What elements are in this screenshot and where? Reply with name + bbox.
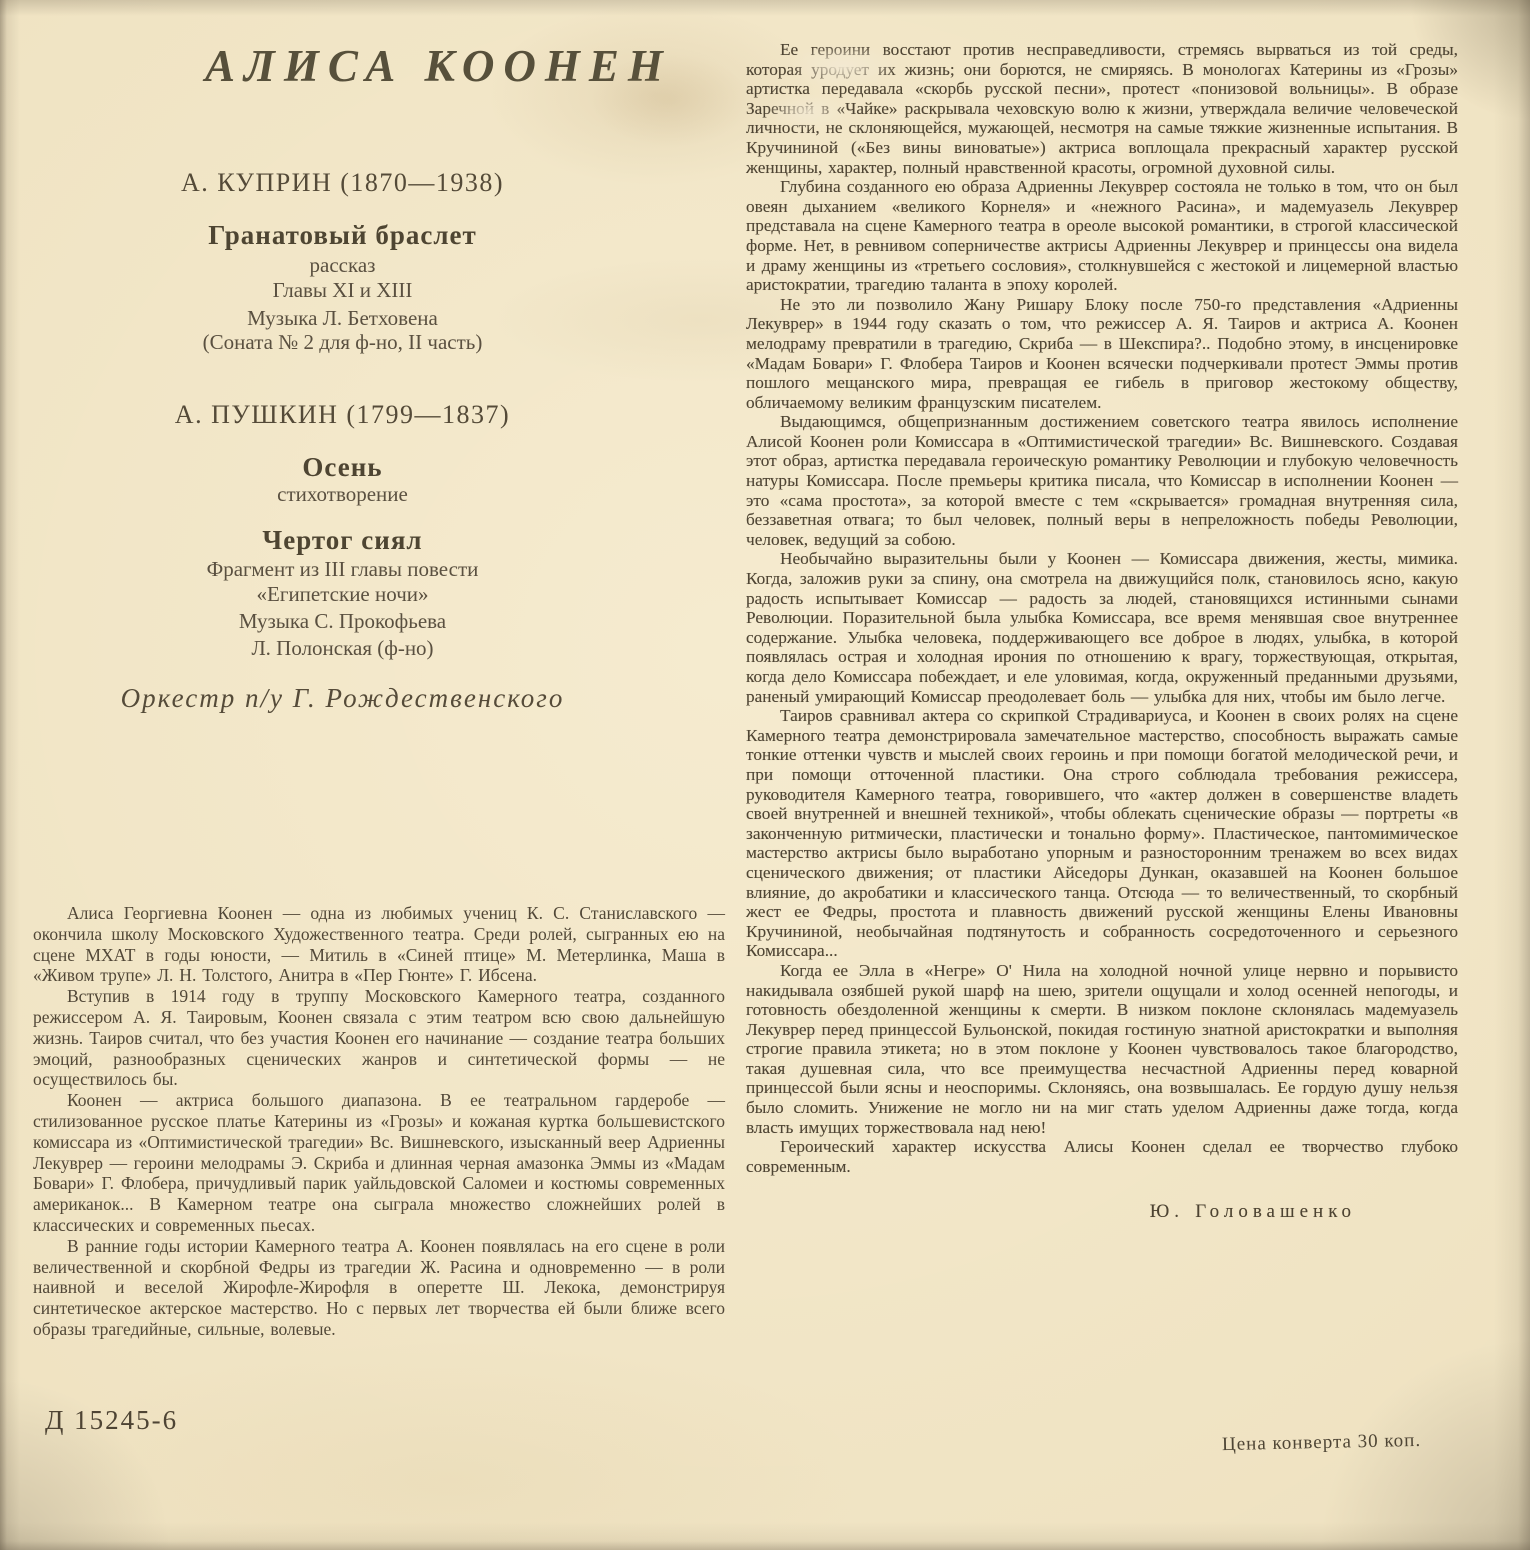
work-detail: «Египетские ночи» <box>85 582 600 607</box>
work-title: Осень <box>85 452 600 483</box>
record-sleeve-back: АЛИСА КООНЕН А. КУПРИН (1870—1938) Грана… <box>0 0 1530 1550</box>
work-detail: Л. Полонская (ф-но) <box>85 636 600 661</box>
essay-paragraph: Выдающимся, общепризнанным достижением с… <box>746 412 1458 549</box>
work-detail: (Соната № 2 для ф-но, II часть) <box>85 330 600 355</box>
biography-column: Алиса Георгиевна Коонен — одна из любимы… <box>33 903 725 1340</box>
work-detail: рассказ <box>85 253 600 278</box>
essay-paragraph: Глубина созданного ею образа Адриенны Ле… <box>746 177 1458 295</box>
work-detail: Музыка С. Прокофьева <box>85 609 600 634</box>
essay-paragraph: Не это ли позволило Жану Ришару Блоку по… <box>746 295 1458 413</box>
tracklist: А. КУПРИН (1870—1938) Гранатовый браслет… <box>85 165 600 745</box>
bio-paragraph: В ранние годы истории Камерного театра А… <box>33 1236 725 1340</box>
work-title: Чертог сиял <box>85 525 600 556</box>
composer-heading: А. ПУШКИН (1799—1837) <box>85 400 600 430</box>
bio-paragraph: Алиса Георгиевна Коонен — одна из любимы… <box>33 903 725 986</box>
bio-paragraph: Коонен — актриса большого диапазона. В е… <box>33 1090 725 1236</box>
work-detail: Фрагмент из III главы повести <box>85 557 600 582</box>
orchestra-credit: Оркестр п/у Г. Рождественского <box>85 683 600 714</box>
essay-author: Ю. Головашенко <box>746 1202 1458 1222</box>
catalog-number: Д 15245-6 <box>45 1405 178 1436</box>
bio-paragraph: Вступив в 1914 году в труппу Московского… <box>33 986 725 1090</box>
essay-column: Ее героини восстают против несправедливо… <box>746 40 1458 1222</box>
essay-paragraph: Необычайно выразительны были у Коонен — … <box>746 549 1458 706</box>
composer-heading: А. КУПРИН (1870—1938) <box>85 168 600 198</box>
work-detail: Главы XI и XIII <box>85 278 600 303</box>
essay-paragraph: Когда ее Элла в «Негре» О' Нила на холод… <box>746 961 1458 1137</box>
work-detail: стихотворение <box>85 482 600 507</box>
album-title: АЛИСА КООНЕН <box>205 40 672 92</box>
essay-paragraph: Ее героини восстают против несправедливо… <box>746 40 1458 177</box>
work-detail: Музыка Л. Бетховена <box>85 306 600 331</box>
work-title: Гранатовый браслет <box>85 220 600 251</box>
essay-paragraph: Таиров сравнивал актера со скрипкой Стра… <box>746 706 1458 961</box>
price-label: Цена конверта 30 коп. <box>1222 1430 1422 1456</box>
essay-paragraph: Героический характер искусства Алисы Коо… <box>746 1137 1458 1176</box>
